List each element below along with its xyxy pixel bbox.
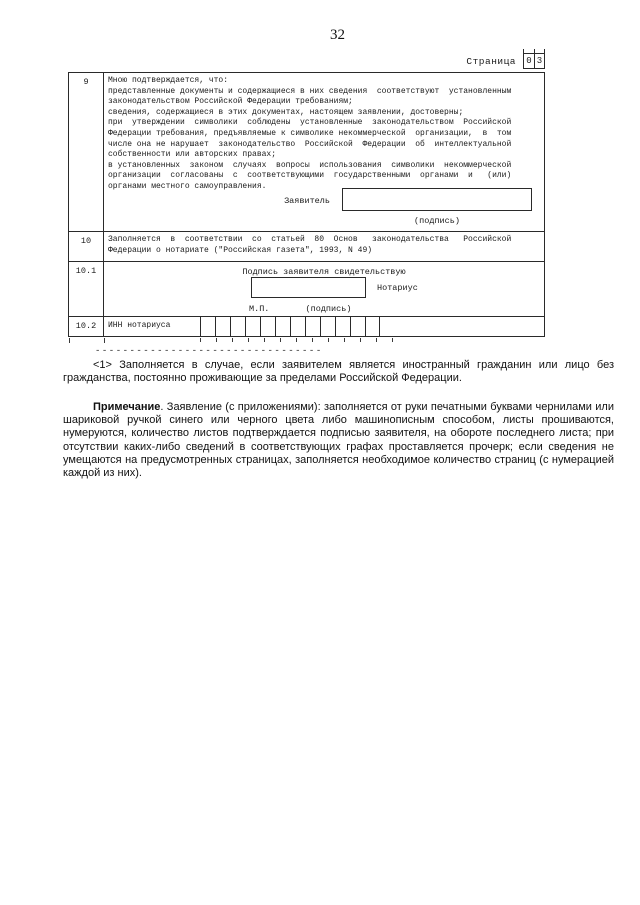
row-9-line: Мною подтверждается, что: [108, 76, 540, 87]
row-9-line: сведения, содержащиеся в этих документах… [108, 108, 540, 119]
signature-caption: (подпись) [286, 304, 371, 315]
applicant-signature-field[interactable] [342, 188, 532, 211]
inn-label: ИНН нотариуса [104, 317, 200, 336]
row-number: 10.2 [69, 317, 104, 336]
notary-label: Нотариус [377, 283, 418, 294]
applicant-label: Заявитель [284, 196, 330, 207]
inn-digit-cell[interactable] [230, 317, 245, 336]
page-counter: Страница 0 3 [466, 53, 545, 69]
stranitsa-cell-0: 0 [524, 54, 534, 68]
notary-attestation-text: Подпись заявителя свидетельствую [108, 265, 540, 278]
inn-digit-cell[interactable] [245, 317, 260, 336]
table-row-9: 9 Мною подтверждается, что: представленн… [69, 73, 544, 231]
inn-digit-cell[interactable] [215, 317, 230, 336]
table-row-10: 10 Заполняется в соответствии со статьей… [69, 231, 544, 261]
seal-place-label: М.П. [249, 304, 269, 315]
stranitsa-cell-1: 3 [534, 54, 544, 68]
page-number: 32 [63, 27, 612, 44]
row-9-line: числе она не нарушает законодательство Р… [108, 140, 540, 151]
footnote-1: <1> Заполняется в случае, если заявителе… [63, 359, 614, 385]
row-number: 10.1 [69, 262, 104, 316]
table-continuation-tick [69, 338, 70, 343]
inn-digit-cell[interactable] [290, 317, 305, 336]
row-number: 9 [69, 73, 104, 231]
row-10-1-content: Подпись заявителя свидетельствую Нотариу… [104, 262, 544, 316]
document-page: 32 Страница 0 3 9 Мною подтверждается, ч… [0, 0, 640, 905]
inn-digit-cell[interactable] [365, 317, 380, 336]
row-10-2-content: ИНН нотариуса [104, 317, 544, 336]
table-continuation-ticks [200, 338, 394, 342]
notary-signature-field[interactable] [251, 277, 366, 298]
cell-tick [544, 49, 545, 53]
row-9-line: собственности или авторских правах; [108, 150, 540, 161]
inn-digit-cell[interactable] [260, 317, 275, 336]
cell-tick [534, 49, 535, 53]
row-9-line: при утверждении символики соблюдены уста… [108, 118, 540, 129]
row-9-content: Мною подтверждается, что: представленные… [104, 73, 544, 231]
inn-digit-cell[interactable] [350, 317, 365, 336]
row-10-content: Заполняется в соответствии со статьей 80… [104, 232, 544, 261]
inn-digit-cell[interactable] [335, 317, 350, 336]
row-9-line: организации согласованы с соответствующи… [108, 171, 540, 182]
row-9-line: законодательством Российской Федерации т… [108, 97, 540, 108]
row-number: 10 [69, 232, 104, 261]
stranitsa-cells: 0 3 [523, 53, 545, 69]
signature-caption: (подпись) [342, 216, 532, 227]
row-10-line: Федерации о нотариате ("Российская газет… [108, 246, 540, 257]
table-continuation-tick [104, 338, 105, 343]
row-10-line: Заполняется в соответствии со статьей 80… [108, 235, 540, 246]
table-row-10-2: 10.2 ИНН нотариуса [69, 316, 544, 336]
form-table: 9 Мною подтверждается, что: представленн… [68, 72, 545, 337]
inn-digit-cell[interactable] [320, 317, 335, 336]
note-lead: Примечание [93, 401, 160, 413]
row-9-line: Федерации требования, предъявляемые к си… [108, 129, 540, 140]
footnote-separator: --------------------------------- [95, 346, 323, 356]
note-paragraph: Примечание. Заявление (с приложениями): … [63, 401, 614, 480]
inn-digit-cell[interactable] [305, 317, 320, 336]
inn-digit-cell[interactable] [200, 317, 215, 336]
stranitsa-label: Страница [466, 56, 516, 67]
inn-digit-cell[interactable] [275, 317, 290, 336]
row-9-line: представленные документы и содержащиеся … [108, 87, 540, 98]
table-row-10-1: 10.1 Подпись заявителя свидетельствую Но… [69, 261, 544, 316]
cell-tick [523, 49, 524, 53]
inn-digit-cells [200, 317, 380, 336]
row-9-line: в установленных законом случаях вопросы … [108, 161, 540, 172]
